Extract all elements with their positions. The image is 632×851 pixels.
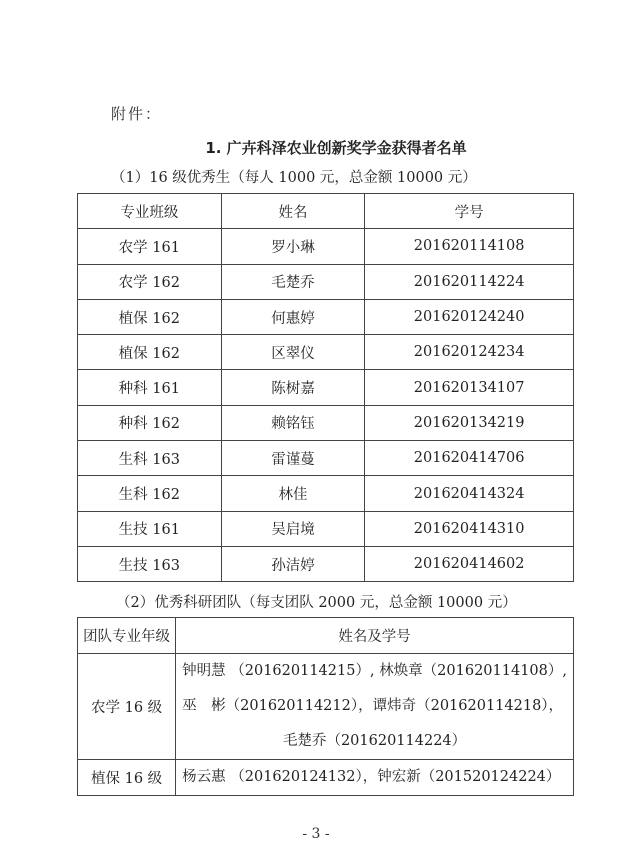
table-row: 种科 161 陈树嘉 201620134107 xyxy=(78,370,574,405)
cell-class: 种科 162 xyxy=(78,405,222,440)
cell-id: 201620114224 xyxy=(365,264,574,299)
table-header-row: 专业班级 姓名 学号 xyxy=(78,194,574,229)
cell-class: 生技 161 xyxy=(78,511,222,546)
cell-class: 生技 163 xyxy=(78,546,222,581)
cell-class: 生科 163 xyxy=(78,441,222,476)
cell-name: 赖铭钰 xyxy=(221,405,365,440)
table-row: 植保 16 级 杨云惠 （201620124132），钟宏新（201520124… xyxy=(78,760,574,796)
table-row: 植保 162 区翠仪 201620124234 xyxy=(78,335,574,370)
table-row: 植保 162 何惠婷 201620124240 xyxy=(78,299,574,334)
cell-id: 201620124240 xyxy=(365,299,574,334)
section2-heading: （2）优秀科研团队（每支团队 2000 元，总金额 10000 元） xyxy=(116,591,517,612)
research-teams-table: 团队专业年级 姓名及学号 农学 16 级 钟明慧 （201620114215）,… xyxy=(77,617,574,796)
section1-heading: （1）16 级优秀生（每人 1000 元，总金额 10000 元） xyxy=(111,166,477,187)
cell-id: 201620114108 xyxy=(365,229,574,264)
cell-id: 201620414706 xyxy=(365,441,574,476)
page-number: - 3 - xyxy=(0,826,632,842)
column-header-team: 团队专业年级 xyxy=(78,618,176,654)
table-row: 种科 162 赖铭钰 201620134219 xyxy=(78,405,574,440)
member-line: 毛楚乔（201620114224） xyxy=(182,724,567,759)
cell-id: 201620124234 xyxy=(365,335,574,370)
cell-name: 林佳 xyxy=(221,476,365,511)
cell-members: 钟明慧 （201620114215）, 林焕章（201620114108）, 巫… xyxy=(176,654,574,760)
cell-team: 农学 16 级 xyxy=(78,654,176,760)
cell-class: 农学 161 xyxy=(78,229,222,264)
cell-id: 201620414310 xyxy=(365,511,574,546)
cell-class: 农学 162 xyxy=(78,264,222,299)
cell-name: 何惠婷 xyxy=(221,299,365,334)
table-row: 生科 162 林佳 201620414324 xyxy=(78,476,574,511)
cell-id: 201620414324 xyxy=(365,476,574,511)
cell-id: 201620414602 xyxy=(365,546,574,581)
cell-class: 种科 161 xyxy=(78,370,222,405)
cell-class: 生科 162 xyxy=(78,476,222,511)
column-header-id: 学号 xyxy=(365,194,574,229)
cell-class: 植保 162 xyxy=(78,335,222,370)
cell-name: 区翠仪 xyxy=(221,335,365,370)
document-title: 1. 广卉科泽农业创新奖学金获得者名单 xyxy=(0,137,632,158)
cell-id: 201620134107 xyxy=(365,370,574,405)
column-header-class: 专业班级 xyxy=(78,194,222,229)
member-line: 巫 彬（201620114212），谭炜奇（201620114218）， xyxy=(182,689,567,724)
cell-name: 孙洁婷 xyxy=(221,546,365,581)
member-line: 钟明慧 （201620114215）, 林焕章（201620114108）, xyxy=(182,654,567,689)
table-row: 农学 162 毛楚乔 201620114224 xyxy=(78,264,574,299)
column-header-name: 姓名 xyxy=(221,194,365,229)
attachment-label: 附件： xyxy=(111,103,162,124)
cell-id: 201620134219 xyxy=(365,405,574,440)
cell-name: 雷谨蔓 xyxy=(221,441,365,476)
cell-name: 陈树嘉 xyxy=(221,370,365,405)
cell-members: 杨云惠 （201620124132），钟宏新（201520124224） xyxy=(176,760,574,796)
table-header-row: 团队专业年级 姓名及学号 xyxy=(78,618,574,654)
table-row: 生科 163 雷谨蔓 201620414706 xyxy=(78,441,574,476)
cell-class: 植保 162 xyxy=(78,299,222,334)
table-row: 生技 161 吴启境 201620414310 xyxy=(78,511,574,546)
cell-team: 植保 16 级 xyxy=(78,760,176,796)
cell-name: 毛楚乔 xyxy=(221,264,365,299)
cell-name: 吴启境 xyxy=(221,511,365,546)
cell-name: 罗小琳 xyxy=(221,229,365,264)
excellent-students-table: 专业班级 姓名 学号 农学 161 罗小琳 201620114108 农学 16… xyxy=(77,193,574,582)
table-row: 生技 163 孙洁婷 201620414602 xyxy=(78,546,574,581)
table-row: 农学 161 罗小琳 201620114108 xyxy=(78,229,574,264)
table-row: 农学 16 级 钟明慧 （201620114215）, 林焕章（20162011… xyxy=(78,654,574,760)
member-line: 杨云惠 （201620124132），钟宏新（201520124224） xyxy=(182,760,567,795)
column-header-members: 姓名及学号 xyxy=(176,618,574,654)
